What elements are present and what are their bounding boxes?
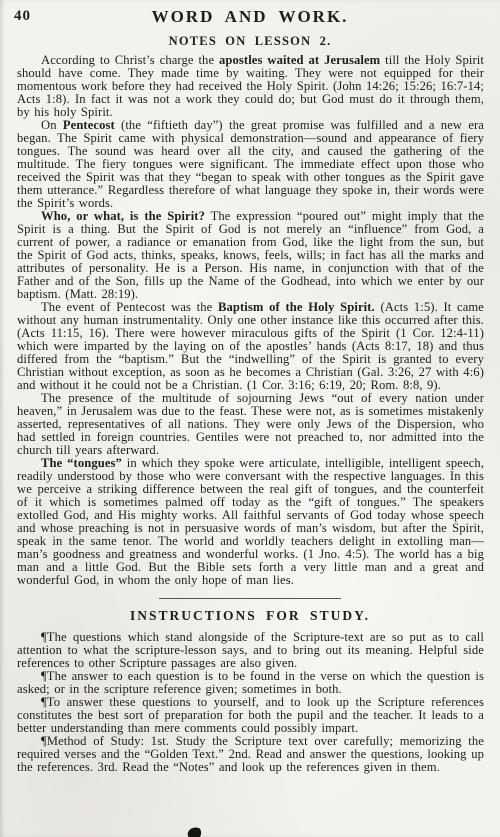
bold-text-segment: Who, or what, is the Spirit? [41,209,205,223]
bold-text-segment: Pentecost [63,118,115,132]
notes-heading: NOTES ON LESSON 2. [0,34,500,49]
text-segment: The presence of the multitude of sojourn… [17,391,484,457]
text-segment: According to Christ’s charge the [41,53,219,67]
page-number: 40 [14,8,31,25]
text-segment: (Acts 1:5). It came without any human in… [17,300,484,392]
text-segment: (the “fiftieth day”) the great promise w… [17,118,484,210]
instructions-heading: INSTRUCTIONS FOR STUDY. [0,608,500,624]
notes-paragraph: The presence of the multitude of sojourn… [17,392,484,457]
text-segment: ¶The questions which stand alongside of … [17,630,484,670]
notes-paragraph: According to Christ’s charge the apostle… [17,54,484,119]
bold-text-segment: Baptism of the Holy Spirit. [218,300,375,314]
bold-text-segment: apostles waited at Jerusalem [219,53,380,67]
text-segment: On [41,118,63,132]
instruction-paragraph: ¶The answer to each question is to be fo… [17,670,484,696]
notes-section: According to Christ’s charge the apostle… [0,54,500,587]
journal-title: WORD AND WORK. [152,7,349,27]
text-segment: ¶Method of Study: 1st. Study the Scriptu… [17,734,484,774]
instruction-paragraph: ¶Method of Study: 1st. Study the Scriptu… [17,735,484,774]
notes-paragraph: Who, or what, is the Spirit? The express… [17,210,484,301]
bold-text-segment: The “tongues” [41,456,122,470]
instruction-paragraph: ¶The questions which stand alongside of … [17,631,484,670]
masthead: 40 WORD AND WORK. [0,0,500,27]
section-divider-rule [159,598,341,599]
text-segment: ¶To answer these questions to yourself, … [17,695,484,735]
text-segment: The event of Pentecost was the [41,300,218,314]
text-segment: ¶The answer to each question is to be fo… [17,669,484,696]
text-segment: The expression “poured out” might imply … [17,209,484,301]
notes-paragraph: The event of Pentecost was the Baptism o… [17,301,484,392]
scanned-page: 40 WORD AND WORK. NOTES ON LESSON 2. Acc… [0,0,500,837]
notes-paragraph: On Pentecost (the “fiftieth day”) the gr… [17,119,484,210]
ink-blot-artifact [186,825,202,837]
text-segment: in which they spoke were articulate, int… [17,456,484,587]
instructions-section: ¶The questions which stand alongside of … [0,631,500,774]
notes-paragraph: The “tongues” in which they spoke were a… [17,457,484,587]
instruction-paragraph: ¶To answer these questions to yourself, … [17,696,484,735]
